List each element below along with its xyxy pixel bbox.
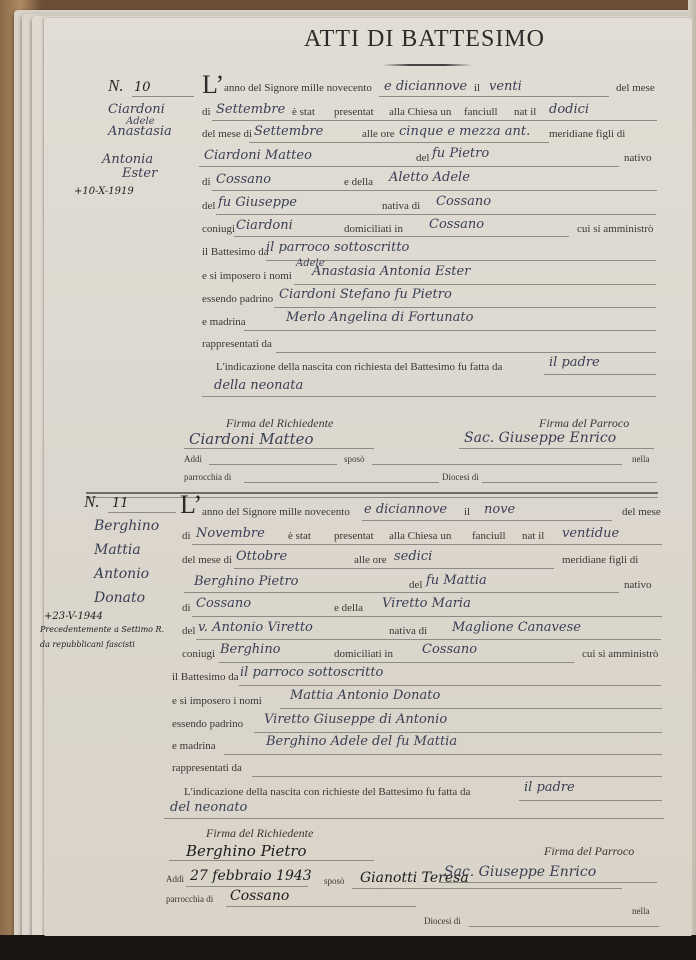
margin-name-2: Antonio	[94, 566, 149, 582]
field-baptized-by: il parroco sottoscritto	[240, 665, 383, 680]
label-imposero: e si imposero i nomi	[172, 695, 262, 707]
field-father: Ciardoni Matteo	[204, 148, 312, 163]
field-spouses: Berghino	[220, 642, 281, 657]
rule	[132, 96, 194, 97]
rule	[294, 284, 656, 285]
margin-death-note: +10-X-1919	[74, 186, 134, 197]
rule	[196, 639, 661, 640]
label-nat-il: nat il	[514, 106, 536, 118]
label-del-mese: del mese	[616, 82, 655, 94]
rule	[226, 906, 416, 907]
label-nella: nella	[632, 906, 650, 916]
label-fanciull: fanciull	[472, 530, 506, 542]
rule	[212, 190, 657, 191]
rule	[274, 307, 656, 308]
rule	[439, 882, 657, 883]
margin-name-2: Antonia	[102, 152, 153, 167]
field-year: e diciannove	[384, 79, 467, 94]
rule	[244, 482, 439, 483]
field-father-of: fu Mattia	[426, 573, 487, 588]
margin-note-line-2: Precedentemente a Settimo R.	[40, 625, 164, 634]
rule	[186, 886, 308, 887]
label-di: di	[202, 106, 211, 118]
rule	[199, 166, 619, 167]
rule	[184, 592, 619, 593]
label-anno: anno del Signore mille novecento	[202, 506, 350, 518]
label-domiciliati: domiciliati in	[344, 223, 403, 235]
field-born-day: dodici	[549, 102, 589, 117]
field-mother: Aletto Adele	[389, 170, 470, 185]
label-e-stat: è stat	[288, 530, 311, 542]
label-cui-si-amministro: cui si amministrò	[577, 223, 653, 235]
field-indicated-by-2: della neonata	[214, 378, 303, 393]
table-shadow	[0, 935, 696, 960]
field-domiciled: Cossano	[429, 217, 484, 232]
label-nativo: nativo	[624, 152, 652, 164]
rule	[249, 142, 549, 143]
label-nativo: nativo	[624, 579, 652, 591]
field-mother-of: fu Giuseppe	[218, 195, 297, 210]
field-indicated-by-2: del neonato	[170, 800, 247, 815]
label-madrina: e madrina	[172, 740, 216, 752]
rule	[544, 374, 656, 375]
field-domiciled: Cossano	[422, 642, 477, 657]
field-godmother: Berghino Adele del fu Mattia	[266, 734, 457, 749]
label-addi: Addì	[166, 874, 184, 884]
label-firma-richiedente: Firma del Richiedente	[226, 416, 333, 431]
label-fanciull: fanciull	[464, 106, 498, 118]
field-father-native: Cossano	[196, 596, 251, 611]
label-coniugi: coniugi	[182, 648, 215, 660]
register-page: ATTI DI BATTESIMO N. 10 Ciardoni Adele A…	[44, 18, 692, 936]
label-il: il	[464, 506, 470, 518]
label-battesimo-da: il Battesimo da	[202, 246, 269, 258]
field-hour: cinque e mezza ant.	[399, 124, 530, 139]
label-coniugi: coniugi	[202, 223, 235, 235]
field-day: venti	[489, 79, 522, 94]
label-padrino: essendo padrino	[202, 293, 273, 305]
label-del: del	[409, 579, 422, 591]
field-mother-native: Maglione Canavese	[452, 620, 581, 635]
signature-priest: Sac. Giuseppe Enrico	[464, 430, 616, 446]
margin-surname: Berghino	[94, 518, 159, 534]
record-number: 10	[134, 80, 151, 95]
label-addi: Addì	[184, 454, 202, 464]
field-mother-of: v. Antonio Viretto	[198, 620, 313, 635]
label-e-della: e della	[334, 602, 363, 614]
margin-note-line-3: da repubblicani fascisti	[40, 640, 135, 649]
rule	[362, 520, 612, 521]
label-rappresentati: rappresentati da	[202, 338, 272, 350]
label-madrina: e madrina	[202, 316, 246, 328]
label-cui-si-amministro: cui si amministrò	[582, 648, 658, 660]
label-di: di	[182, 602, 191, 614]
field-addi: 27 febbraio 1943	[190, 868, 312, 884]
rule	[202, 396, 656, 397]
label-battesimo-da: il Battesimo da	[172, 671, 239, 683]
label-firma-richiedente: Firma del Richiedente	[206, 826, 313, 841]
label-indicazione: L'indicazione della nascita con richiest…	[184, 786, 470, 798]
rule	[459, 448, 654, 449]
label-rappresentati: rappresentati da	[172, 762, 242, 774]
rule	[254, 732, 662, 733]
rule	[234, 568, 554, 569]
rule	[252, 776, 662, 777]
label-del: del	[182, 625, 195, 637]
field-born-day: ventidue	[562, 526, 619, 541]
title-ornament	[382, 64, 472, 66]
rule	[379, 96, 609, 97]
signature-requester: Ciardoni Matteo	[189, 430, 314, 448]
label-il: il	[474, 82, 480, 94]
label-diocesi: Diocesi di	[424, 916, 461, 926]
rule	[184, 448, 374, 449]
rule	[212, 120, 657, 121]
rule	[192, 544, 662, 545]
rule	[164, 818, 664, 819]
label-nativa-di: nativa di	[382, 200, 420, 212]
signature-requester: Berghino Pietro	[186, 842, 307, 860]
rule	[234, 236, 569, 237]
margin-name-3: Ester	[122, 166, 157, 181]
rule	[280, 708, 662, 709]
rule	[216, 214, 656, 215]
field-indicated-by: il padre	[524, 780, 575, 795]
label-del: del	[202, 200, 215, 212]
label-del: del	[416, 152, 429, 164]
label-domiciliati: domiciliati in	[334, 648, 393, 660]
label-del-mese-di: del mese di	[182, 554, 232, 566]
field-born-month: Settembre	[254, 124, 323, 139]
label-padrino: essendo padrino	[172, 718, 243, 730]
label-meridiane: meridiane figli di	[562, 554, 638, 566]
rule	[352, 888, 622, 889]
rule	[519, 800, 662, 801]
label-firma-parroco: Firma del Parroco	[539, 416, 629, 431]
field-father: Berghino Pietro	[194, 574, 299, 589]
field-hour: sedici	[394, 549, 432, 564]
label-presentat: presentat	[334, 106, 374, 118]
rule	[209, 464, 337, 465]
label-sposo: sposò	[344, 454, 365, 464]
label-firma-parroco: Firma del Parroco	[544, 844, 634, 859]
field-day: nove	[484, 502, 515, 517]
label-parrocchia: parrocchia di	[184, 472, 231, 482]
record-separator-thin	[86, 497, 658, 498]
field-godmother: Merlo Angelina di Fortunato	[286, 310, 473, 325]
label-e-della: e della	[344, 176, 373, 188]
label-nat-il: nat il	[522, 530, 544, 542]
page-title: ATTI DI BATTESIMO	[304, 26, 545, 53]
rule	[169, 860, 374, 861]
field-names: Anastasia Antonia Ester	[312, 264, 470, 279]
field-born-month: Ottobre	[236, 549, 287, 564]
rule	[469, 926, 659, 927]
drop-cap: L’	[202, 70, 224, 100]
label-di: di	[182, 530, 191, 542]
rule	[219, 662, 574, 663]
field-month: Settembre	[216, 102, 285, 117]
field-father-of: fu Pietro	[432, 146, 489, 161]
field-month: Novembre	[196, 526, 265, 541]
label-del-mese: del mese	[622, 506, 661, 518]
label-imposero: e si imposero i nomi	[202, 270, 292, 282]
label-indicazione: L'indicazione della nascita con richiest…	[216, 361, 502, 373]
field-mother-native: Cossano	[436, 194, 491, 209]
rule	[276, 352, 656, 353]
label-del-mese-di: del mese di	[202, 128, 252, 140]
label-sposo: sposò	[324, 876, 345, 886]
field-year: e diciannove	[364, 502, 447, 517]
rule	[224, 754, 662, 755]
record-separator	[86, 492, 658, 494]
rule	[108, 512, 176, 513]
field-father-native: Cossano	[216, 172, 271, 187]
label-alla-chiesa: alla Chiesa un	[389, 530, 451, 542]
margin-name-1: Mattia	[94, 542, 141, 558]
margin-surname: Ciardoni	[108, 102, 165, 117]
record-number-prefix: N.	[108, 76, 124, 96]
rule	[372, 464, 622, 465]
margin-name-3: Donato	[94, 590, 145, 606]
field-parrocchia: Cossano	[230, 888, 289, 904]
record-number-prefix: N.	[84, 492, 100, 512]
label-di: di	[202, 176, 211, 188]
rule	[239, 685, 661, 686]
margin-name-1: Anastasia	[108, 124, 172, 139]
margin-death-note: +23-V-1944	[44, 611, 103, 622]
field-mother: Viretto Maria	[382, 596, 471, 611]
field-spouses: Ciardoni	[236, 218, 293, 233]
field-indicated-by: il padre	[549, 355, 600, 370]
field-godfather: Ciardoni Stefano fu Pietro	[279, 287, 452, 302]
rule	[244, 330, 656, 331]
label-meridiane: meridiane figli di	[549, 128, 625, 140]
label-presentat: presentat	[334, 530, 374, 542]
drop-cap: L’	[180, 490, 202, 520]
label-parrocchia: parrocchia di	[166, 894, 213, 904]
label-alle-ore: alle ore	[354, 554, 387, 566]
rule	[192, 616, 662, 617]
label-e-stat: è stat	[292, 106, 315, 118]
field-names: Mattia Antonio Donato	[290, 688, 440, 703]
label-alle-ore: alle ore	[362, 128, 395, 140]
label-anno: anno del Signore mille novecento	[224, 82, 372, 94]
field-baptized-by: il parroco sottoscritto	[266, 240, 409, 255]
rule	[482, 482, 657, 483]
label-diocesi: Diocesi di	[442, 472, 479, 482]
label-nella: nella	[632, 454, 650, 464]
record-number: 11	[112, 496, 129, 511]
field-sposo: Gianotti Teresa	[360, 870, 469, 886]
label-nativa-di: nativa di	[389, 625, 427, 637]
label-alla-chiesa: alla Chiesa un	[389, 106, 451, 118]
field-godfather: Viretto Giuseppe di Antonio	[264, 712, 447, 727]
